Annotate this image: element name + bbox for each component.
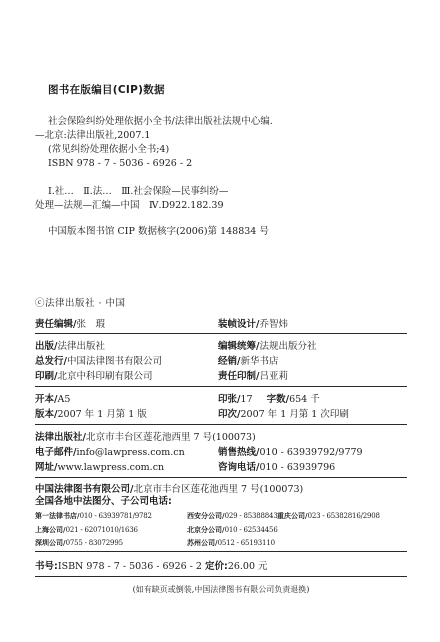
website-value: www.lawpress.com.cn xyxy=(57,462,164,473)
book-number-value: ISBN 978 - 7 - 5036 - 6926 - 2 xyxy=(58,561,202,572)
branch-first-law-bookstore: 第一法律书店/010 - 63939781/9782 xyxy=(35,508,187,522)
sales-hotline-value: 010 - 63939792/9779 xyxy=(259,447,362,458)
printer-label: 印刷/ xyxy=(35,371,57,382)
website-label: 网址/ xyxy=(35,462,57,473)
cip-class-line2: 处理—法规—汇编—中国 Ⅳ.D922.182.39 xyxy=(35,199,407,213)
seller-value: 新华书店 xyxy=(240,356,278,367)
impression: 印次/2007 年 1 月第 1 次印刷 xyxy=(218,406,407,421)
general-distributor: 总发行/中国法律图书有限公司 xyxy=(35,353,218,368)
sheets-wordcount-cell: 印张/17字数/654 千 xyxy=(218,391,407,406)
edition: 版本/2007 年 1 月第 1 版 xyxy=(35,406,218,421)
distributor-value: 中国法律图书有限公司 xyxy=(67,356,162,367)
publishing-info-row: 出版/法律出版社 编辑统筹/法规出版分社 总发行/中国法律图书有限公司 经销/新… xyxy=(35,334,407,387)
website-line: 网址/www.lawpress.com.cn 咨询电话/010 - 639397… xyxy=(35,459,407,474)
company-address: 中国法律图书有限公司/北京市丰台区莲花池西里 7 号(100073) xyxy=(35,477,303,496)
branch-shanghai: 上海公司/021 - 62071010/1636 xyxy=(35,522,187,536)
branch-label: 上海公司/ xyxy=(35,526,66,534)
branch-shenzhen: 深圳公司/0755 - 83072995 xyxy=(35,535,187,549)
book-number-label: 书号: xyxy=(35,561,58,572)
company-address-value: 北京市丰台区莲花池西里 7 号(100073) xyxy=(133,484,303,495)
cip-classification-block: Ⅰ.社… Ⅱ.法… Ⅲ.社会保险—民事纠纷— 处理—法规—汇编—中国 Ⅳ.D92… xyxy=(35,185,407,213)
press-contact-row: 法律出版社/北京市丰台区莲花池西里 7 号(100073) 电子邮件/info@… xyxy=(35,425,407,478)
impression-value: 2007 年 1 月第 1 次印刷 xyxy=(240,409,348,420)
cover-designer-value: 乔智炜 xyxy=(259,319,288,330)
publisher-line: 出版/法律出版社 编辑统筹/法规出版分社 xyxy=(35,338,407,353)
editorial-coordinator: 编辑统筹/法规出版分社 xyxy=(218,338,407,353)
page-content: 图书在版编目(CIP)数据 社会保险纠纷处理依据小全书/法律出版社法规中心编. … xyxy=(35,0,407,595)
branch-suzhou: 苏州公司/0512 - 65193110 xyxy=(187,535,277,549)
price-label: 定价: xyxy=(205,561,228,572)
edition-line: 版本/2007 年 1 月第 1 版 印次/2007 年 1 月第 1 次印刷 xyxy=(35,406,407,421)
word-count-value: 654 千 xyxy=(289,394,320,405)
branch-phones-grid: 第一法律书店/010 - 63939781/9782 西安分公司/029 - 8… xyxy=(35,508,407,549)
branch-value: 029 - 85388843 xyxy=(225,512,278,520)
format-label: 开本/ xyxy=(35,394,57,405)
press-address-line: 法律出版社/北京市丰台区莲花池西里 7 号(100073) xyxy=(35,429,407,444)
branch-value: 021 - 62071010/1636 xyxy=(66,526,138,534)
book-number: 书号:ISBN 978 - 7 - 5036 - 6926 - 2 xyxy=(35,558,205,573)
company-address-label: 中国法律图书有限公司/ xyxy=(35,484,133,495)
printed-sheets: 印张/17 xyxy=(218,387,253,406)
branch-label: 北京分公司/ xyxy=(187,526,225,534)
chief-editor-label: 责任编辑/ xyxy=(35,319,76,330)
book-format: 开本/A5 xyxy=(35,391,218,406)
branch-phones-header: 全国各地中法图分、子公司电话: xyxy=(35,496,407,508)
copyright-line: ⓒ法律出版社 · 中国 xyxy=(35,297,407,310)
format-line: 开本/A5 印张/17字数/654 千 xyxy=(35,391,407,406)
replacement-notice: (如有缺页或倒装,中国法律图书有限公司负责退换) xyxy=(35,585,407,595)
branch-empty-cell xyxy=(277,535,407,549)
sales-hotline-label: 销售热线/ xyxy=(218,447,259,458)
branch-xian: 西安分公司/029 - 85388843 xyxy=(187,508,277,522)
email-value: info@lawpress.com.cn xyxy=(76,447,184,458)
edition-label: 版本/ xyxy=(35,409,57,420)
impression-label: 印次/ xyxy=(218,409,240,420)
print-supervisor-label: 责任印制/ xyxy=(218,371,259,382)
branch-value: 0755 - 83072995 xyxy=(66,539,123,547)
word-count: 字数/654 千 xyxy=(267,387,320,406)
print-supervisor-value: 吕亚莉 xyxy=(259,371,288,382)
coordinator-label: 编辑统筹/ xyxy=(218,341,259,352)
publisher: 出版/法律出版社 xyxy=(35,338,218,353)
distributor-label: 总发行/ xyxy=(35,356,67,367)
cip-title-line: 社会保险纠纷处理依据小全书/法律出版社法规中心编. xyxy=(35,115,407,129)
cip-description-block: 社会保险纠纷处理依据小全书/法律出版社法规中心编. —北京:法律出版社,2007… xyxy=(35,115,407,171)
branch-label: 重庆公司/ xyxy=(277,512,308,520)
coordinator-value: 法规出版分社 xyxy=(259,341,316,352)
branch-value: 010 - 62534456 xyxy=(225,526,278,534)
cip-class-line1: Ⅰ.社… Ⅱ.法… Ⅲ.社会保险—民事纠纷— xyxy=(35,185,407,199)
cip-header: 图书在版编目(CIP)数据 xyxy=(35,84,407,97)
chief-editor: 责任编辑/张 瑕 xyxy=(35,316,218,331)
inquiry-phone: 咨询电话/010 - 63939796 xyxy=(218,459,407,474)
seller: 经销/新华书店 xyxy=(218,353,407,368)
cip-isbn-line: ISBN 978 - 7 - 5036 - 6926 - 2 xyxy=(35,157,407,171)
sheets-label: 印张/ xyxy=(218,394,240,405)
word-count-label: 字数/ xyxy=(267,394,289,405)
branch-chongqing: 重庆公司/023 - 65382816/2908 xyxy=(277,508,407,522)
branch-label: 苏州公司/ xyxy=(187,539,218,547)
editor-row: 责任编辑/张 瑕 装帧设计/乔智炜 xyxy=(35,316,407,334)
branch-empty-cell xyxy=(277,522,407,536)
price: 定价:26.00 元 xyxy=(205,558,407,573)
company-contact-row: 中国法律图书有限公司/北京市丰台区莲花池西里 7 号(100073) 全国各地中… xyxy=(35,478,407,552)
website: 网址/www.lawpress.com.cn xyxy=(35,459,218,474)
branch-beijing: 北京分公司/010 - 62534456 xyxy=(187,522,277,536)
printer: 印刷/北京中科印刷有限公司 xyxy=(35,368,218,383)
email: 电子邮件/info@lawpress.com.cn xyxy=(35,444,218,459)
publisher-value: 法律出版社 xyxy=(57,341,105,352)
branch-value: 010 - 63939781/9782 xyxy=(80,512,152,520)
sheets-value: 17 xyxy=(240,394,252,405)
press-address: 法律出版社/北京市丰台区莲花池西里 7 号(100073) xyxy=(35,425,256,444)
cip-publisher-line: —北京:法律出版社,2007.1 xyxy=(35,129,407,143)
inquiry-phone-label: 咨询电话/ xyxy=(218,462,259,473)
branch-label: 第一法律书店/ xyxy=(35,512,80,520)
company-address-line: 中国法律图书有限公司/北京市丰台区莲花池西里 7 号(100073) xyxy=(35,481,407,496)
price-row: 书号:ISBN 978 - 7 - 5036 - 6926 - 2 定价:26.… xyxy=(35,552,407,577)
branch-value: 0512 - 65193110 xyxy=(218,539,275,547)
cover-designer-label: 装帧设计/ xyxy=(218,319,259,330)
branch-label: 西安分公司/ xyxy=(187,512,225,520)
sales-hotline: 销售热线/010 - 63939792/9779 xyxy=(218,444,407,459)
cover-designer: 装帧设计/乔智炜 xyxy=(218,316,407,331)
edition-value: 2007 年 1 月第 1 版 xyxy=(57,409,146,420)
branch-value: 023 - 65382816/2908 xyxy=(308,512,380,520)
branch-label: 深圳公司/ xyxy=(35,539,66,547)
press-address-label: 法律出版社/ xyxy=(35,432,86,443)
chief-editor-value: 张 瑕 xyxy=(76,319,105,330)
cip-record-number: 中国版本图书馆 CIP 数据核字(2006)第 148834 号 xyxy=(35,225,407,238)
email-label: 电子邮件/ xyxy=(35,447,76,458)
distributor-line: 总发行/中国法律图书有限公司 经销/新华书店 xyxy=(35,353,407,368)
publisher-label: 出版/ xyxy=(35,341,57,352)
seller-label: 经销/ xyxy=(218,356,240,367)
cip-series-line: (常见纠纷处理依据小全书;4) xyxy=(35,143,407,157)
format-info-row: 开本/A5 印张/17字数/654 千 版本/2007 年 1 月第 1 版 印… xyxy=(35,387,407,425)
printer-value: 北京中科印刷有限公司 xyxy=(57,371,152,382)
print-supervisor: 责任印制/吕亚莉 xyxy=(218,368,407,383)
copyright-page: 图书在版编目(CIP)数据 社会保险纠纷处理依据小全书/法律出版社法规中心编. … xyxy=(0,0,440,642)
printer-line: 印刷/北京中科印刷有限公司 责任印制/吕亚莉 xyxy=(35,368,407,383)
price-value: 26.00 元 xyxy=(228,561,268,572)
press-address-value: 北京市丰台区莲花池西里 7 号(100073) xyxy=(86,432,256,443)
inquiry-phone-value: 010 - 63939796 xyxy=(259,462,335,473)
format-value: A5 xyxy=(57,394,70,405)
email-line: 电子邮件/info@lawpress.com.cn 销售热线/010 - 639… xyxy=(35,444,407,459)
